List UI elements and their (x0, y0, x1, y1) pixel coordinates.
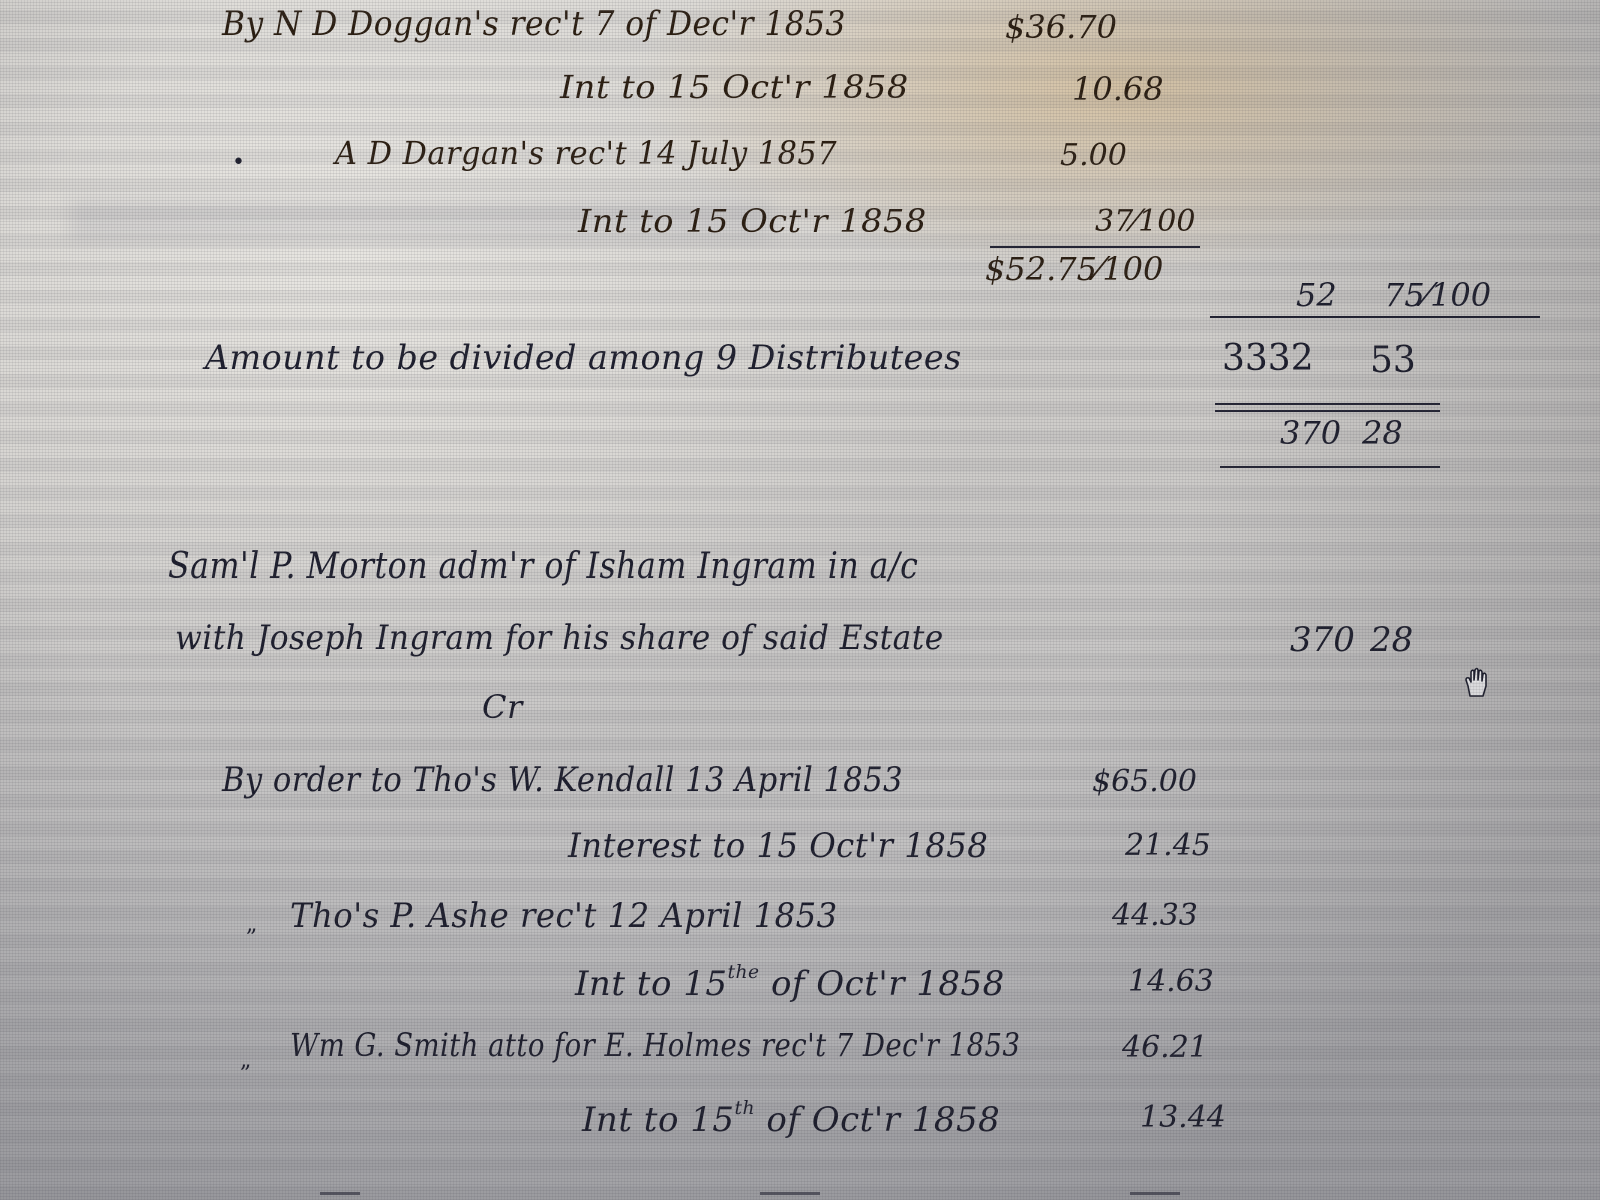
divided-label: Amount to be divided among 9 Distributee… (205, 338, 962, 378)
ordinal-superscript: th (735, 1098, 756, 1119)
double-rule-bottom (1215, 410, 1440, 412)
entry-amount: $36.70 (1005, 8, 1117, 46)
cutoff-ink-fragment (1130, 1192, 1180, 1195)
entry-description: Interest to 15 Oct'r 1858 (568, 826, 988, 866)
entry-description: Int to 15 Oct'r 1858 (578, 202, 927, 240)
entry-amount: 10.68 (1072, 70, 1164, 108)
entry-description: Int to 15th of Oct'r 1858 (582, 1098, 1000, 1140)
entry-amount: 46.21 (1122, 1030, 1208, 1065)
entry-description-start: Int to 15 (575, 964, 728, 1004)
ditto-mark: „ (246, 912, 257, 937)
entry-amount: 21.45 (1125, 828, 1211, 863)
entry-description: Wm G. Smith atto for E. Holmes rec't 7 D… (290, 1026, 1020, 1064)
subtotal-amount: $52.75⁄100 (985, 250, 1163, 288)
carried-cents: 75⁄100 (1384, 276, 1491, 314)
entry-description: Int to 15 Oct'r 1858 (560, 68, 909, 106)
share-dollars: 370 (1280, 414, 1341, 452)
ditto-mark: • (232, 150, 245, 175)
carried-dollars: 52 (1296, 276, 1337, 314)
share-cents: 28 (1362, 414, 1403, 452)
entry-description-end: of Oct'r 1858 (771, 964, 1005, 1004)
entry-description-start: Int to 15 (582, 1100, 735, 1140)
heading-amount-dollars: 370 (1290, 620, 1355, 660)
ditto-mark: „ (240, 1048, 251, 1073)
entry-description: By order to Tho's W. Kendall 13 April 18… (222, 760, 903, 800)
entry-amount: 44.33 (1112, 898, 1198, 933)
entry-description: Int to 15the of Oct'r 1858 (575, 962, 1005, 1004)
entry-amount: 37⁄100 (1095, 204, 1195, 239)
cutoff-ink-fragment (760, 1192, 820, 1195)
ledger-page: By N D Doggan's rec't 7 of Dec'r 1853 $3… (0, 0, 1600, 1200)
credit-label: Cr (482, 688, 523, 726)
entry-description: Tho's P. Ashe rec't 12 April 1853 (290, 896, 838, 936)
double-rule-top (1215, 403, 1440, 405)
entry-description: By N D Doggan's rec't 7 of Dec'r 1853 (222, 4, 846, 44)
entry-amount: 5.00 (1060, 138, 1127, 173)
account-heading-line-2: with Joseph Ingram for his share of said… (175, 618, 944, 658)
carried-rule (1210, 316, 1540, 318)
heading-amount-cents: 28 (1370, 620, 1413, 660)
subtotal-rule (990, 246, 1200, 248)
entry-description-end: of Oct'r 1858 (766, 1100, 1000, 1140)
account-heading-line-1: Sam'l P. Morton adm'r of Isham Ingram in… (168, 546, 918, 587)
entry-amount: 13.44 (1140, 1100, 1226, 1135)
share-rule (1220, 466, 1440, 468)
divided-dollars: 3332 (1222, 338, 1314, 379)
hand-grab-cursor-icon (1462, 666, 1492, 698)
entry-amount: $65.00 (1092, 764, 1197, 799)
cutoff-ink-fragment (320, 1192, 360, 1195)
entry-amount: 14.63 (1128, 964, 1214, 999)
entry-description: A D Dargan's rec't 14 July 1857 (335, 134, 837, 172)
ordinal-superscript: the (728, 962, 760, 983)
divided-cents: 53 (1370, 340, 1416, 381)
